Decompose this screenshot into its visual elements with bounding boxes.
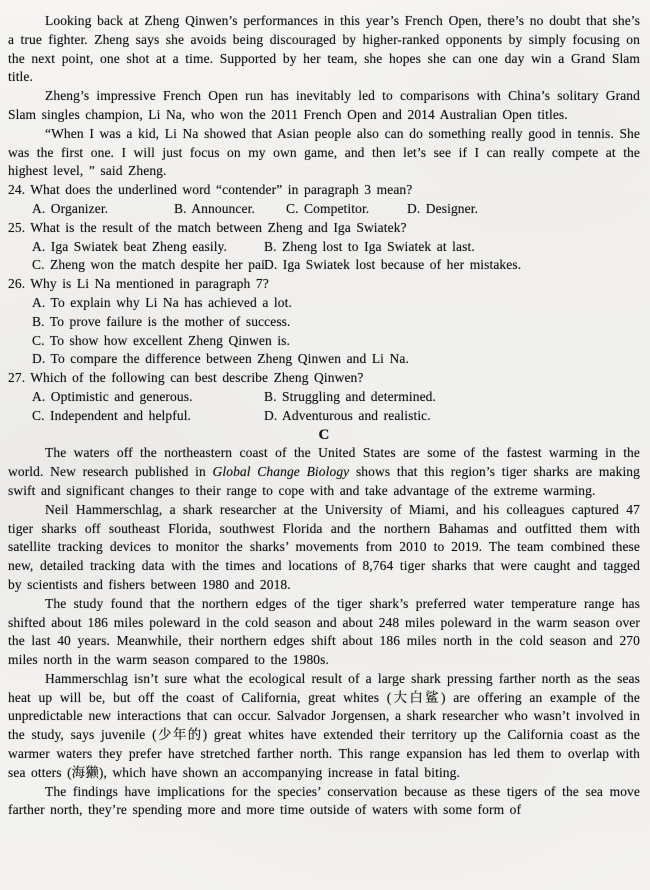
question-25-option-d: D. Iga Swiatek lost because of her mista… bbox=[264, 256, 640, 275]
question-27-stem: 27.Which of the following can best descr… bbox=[8, 369, 640, 388]
question-26-option-b: B. To prove failure is the mother of suc… bbox=[32, 313, 640, 332]
question-26-option-a: A. To explain why Li Na has achieved a l… bbox=[32, 294, 640, 313]
passage-c-paragraph-4: Hammerschlag isn’t sure what the ecologi… bbox=[8, 670, 640, 783]
scanned-exam-page: Looking back at Zheng Qinwen’s performan… bbox=[0, 0, 650, 890]
passage-c-paragraph-1: The waters off the northeastern coast of… bbox=[8, 444, 640, 500]
question-26: 26.Why is Li Na mentioned in paragraph 7… bbox=[8, 275, 640, 369]
question-26-text: Why is Li Na mentioned in paragraph 7? bbox=[30, 276, 269, 291]
question-27-text: Which of the following can best describe… bbox=[30, 370, 363, 385]
question-27-options: A. Optimistic and generous. B. Strugglin… bbox=[8, 388, 640, 426]
passage-b-paragraph-2: Zheng’s impressive French Open run has i… bbox=[8, 87, 640, 125]
question-24: 24.What does the underlined word “conten… bbox=[8, 181, 640, 219]
passage-c-paragraph-3: The study found that the northern edges … bbox=[8, 595, 640, 670]
question-24-text: What does the underlined word “contender… bbox=[30, 182, 412, 197]
question-27: 27.Which of the following can best descr… bbox=[8, 369, 640, 425]
question-27-number: 27. bbox=[8, 370, 25, 385]
question-25-option-a: A. Iga Swiatek beat Zheng easily. bbox=[32, 238, 264, 257]
question-25-option-c: C. Zheng won the match despite her pain. bbox=[32, 256, 264, 275]
question-26-stem: 26.Why is Li Na mentioned in paragraph 7… bbox=[8, 275, 640, 294]
passage-c-paragraph-2: Neil Hammerschlag, a shark researcher at… bbox=[8, 501, 640, 595]
question-25-options: A. Iga Swiatek beat Zheng easily. B. Zhe… bbox=[8, 238, 640, 276]
question-27-option-a: A. Optimistic and generous. bbox=[32, 388, 264, 407]
question-25-text: What is the result of the match between … bbox=[30, 220, 406, 235]
section-c-heading: C bbox=[8, 426, 640, 445]
question-26-option-c: C. To show how excellent Zheng Qinwen is… bbox=[32, 332, 640, 351]
question-26-options: A. To explain why Li Na has achieved a l… bbox=[8, 294, 640, 369]
question-24-stem: 24.What does the underlined word “conten… bbox=[8, 181, 640, 200]
question-24-option-a: A. Organizer. bbox=[32, 200, 174, 219]
question-26-number: 26. bbox=[8, 276, 25, 291]
question-26-option-d: D. To compare the difference between Zhe… bbox=[32, 350, 640, 369]
question-25-number: 25. bbox=[8, 220, 25, 235]
passage-c-paragraph-5: The findings have implications for the s… bbox=[8, 783, 640, 821]
question-24-number: 24. bbox=[8, 182, 25, 197]
journal-title: Global Change Biology bbox=[213, 464, 350, 479]
question-27-option-b: B. Struggling and determined. bbox=[264, 388, 640, 407]
passage-b-paragraph-1: Looking back at Zheng Qinwen’s performan… bbox=[8, 12, 640, 87]
question-25-option-b: B. Zheng lost to Iga Swiatek at last. bbox=[264, 238, 640, 257]
question-24-options: A. Organizer. B. Announcer. C. Competito… bbox=[8, 200, 640, 219]
question-24-option-d: D. Designer. bbox=[407, 200, 640, 219]
question-24-option-c: C. Competitor. bbox=[286, 200, 407, 219]
passage-b-paragraph-3: “When I was a kid, Li Na showed that Asi… bbox=[8, 125, 640, 181]
question-27-option-c: C. Independent and helpful. bbox=[32, 407, 264, 426]
question-25: 25.What is the result of the match betwe… bbox=[8, 219, 640, 275]
question-24-option-b: B. Announcer. bbox=[174, 200, 286, 219]
question-25-stem: 25.What is the result of the match betwe… bbox=[8, 219, 640, 238]
question-27-option-d: D. Adventurous and realistic. bbox=[264, 407, 640, 426]
